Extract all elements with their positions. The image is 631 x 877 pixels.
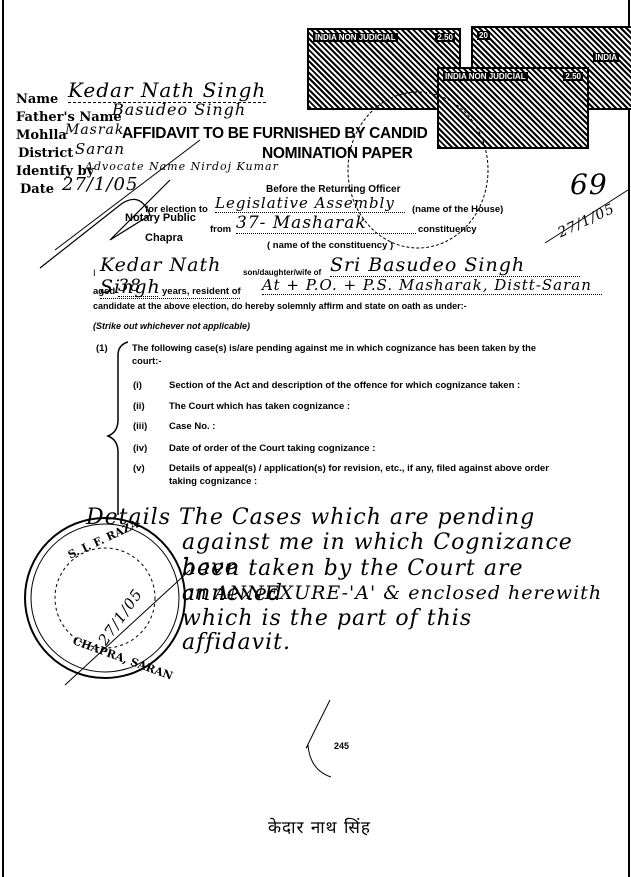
handwritten-line-4: on ANNEXURE-'A' & enclosed herewith [182, 582, 602, 604]
margin-number: 69 [570, 168, 608, 201]
handwritten-line-6: affidavit. [182, 630, 291, 655]
hindi-signature: केदार नाथ सिंह [268, 815, 371, 838]
handwritten-line-5: which is the part of this [182, 606, 472, 631]
handwritten-line-1: Details The Cases which are pending [86, 505, 535, 530]
page-number: 245 [334, 741, 349, 751]
brace-mark [0, 0, 631, 877]
